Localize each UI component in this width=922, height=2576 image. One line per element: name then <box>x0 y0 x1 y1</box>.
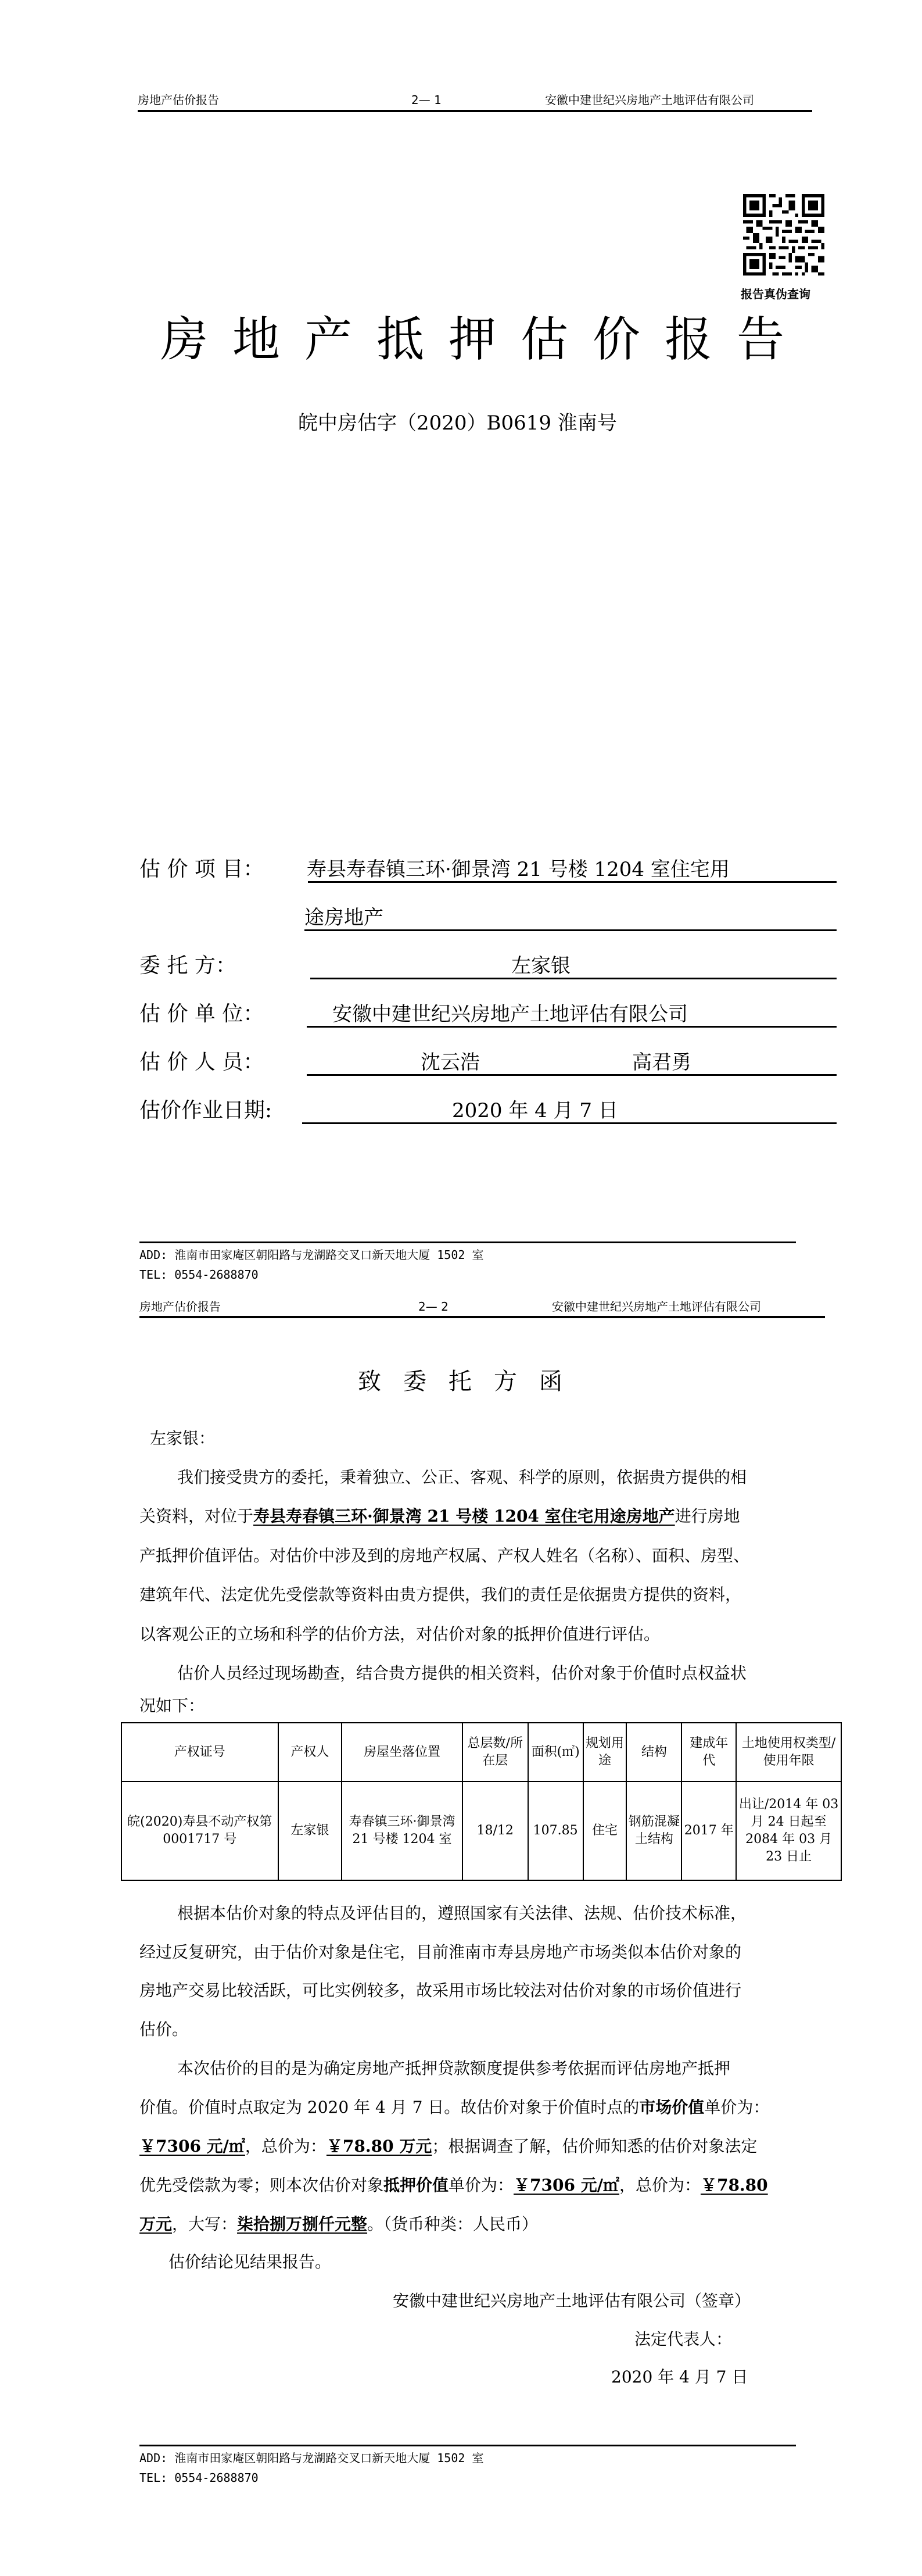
field-value-appraiser-b: 高君勇 <box>632 1051 691 1074</box>
market-unit-price: ￥7306 元/㎡ <box>139 2137 245 2156</box>
paragraph-line: 房地产交易比较活跃，可比实例较多，故采用市场比较法对估价对象的市场价值进行 <box>139 1981 741 2001</box>
report-title: 房地产抵押估价报告 <box>160 314 809 366</box>
paragraph-line: 我们接受贵方的委托，秉着独立、公正、客观、科学的原则，依据贵方提供的相 <box>177 1468 747 1487</box>
paragraph-line: 优先受偿款为零；则本次估价对象抵押价值单价为：￥7306 元/㎡，总价为：￥78… <box>139 2176 768 2195</box>
field-label-appraiser-org: 估 价 单 位： <box>139 1003 264 1026</box>
cell-built-year: 2017 年 <box>681 1781 736 1880</box>
market-value-label: 市场价值 <box>639 2098 704 2117</box>
header-company: 安徽中建世纪兴房地产土地评估有限公司 <box>552 1300 761 1314</box>
field-value-project-line1: 寿县寿春镇三环·御景湾 21 号楼 1204 室住宅用 <box>307 858 730 881</box>
footer-tel: TEL: 0554-2688870 <box>139 1267 259 1282</box>
mortgage-total-price: ￥78.80 <box>701 2176 768 2195</box>
col-header-structure: 结构 <box>626 1723 681 1781</box>
salutation: 左家银： <box>150 1429 215 1448</box>
paragraph-line: ￥7306 元/㎡，总价为：￥78.80 万元；根据调查了解，估价师知悉的估价对… <box>139 2137 757 2156</box>
signature-company: 安徽中建世纪兴房地产土地评估有限公司（签章） <box>393 2291 751 2311</box>
paragraph-line: 估价人员经过现场勘查，结合贵方提供的相关资料，估价对象于价值时点权益状 <box>177 1663 747 1683</box>
cell-structure: 钢筋混凝土结构 <box>626 1781 681 1880</box>
header-rule <box>139 1316 825 1318</box>
col-header-location: 房屋坐落位置 <box>342 1723 462 1781</box>
paragraph-line: 万元，大写：柒拾捌万捌仟元整。（货币种类：人民币） <box>139 2214 538 2234</box>
col-header-land-rights: 土地使用权类型/使用年限 <box>736 1723 841 1781</box>
property-info-table: 产权证号 产权人 房屋坐落位置 总层数/所在层 面积(㎡) 规划用途 结构 建成… <box>121 1722 842 1881</box>
cell-area: 107.85 <box>528 1781 583 1880</box>
text-run: ，大写： <box>172 2214 237 2234</box>
paragraph-line: 关资料，对位于寿县寿春镇三环·御景湾 21 号楼 1204 室住宅用途房地产进行… <box>139 1507 740 1526</box>
header-page-number: 2— 2 <box>418 1300 449 1314</box>
market-total-price: ￥78.80 万元 <box>327 2137 432 2156</box>
paragraph-line: 估价。 <box>139 2020 188 2040</box>
table-row: 皖(2020)寿县不动产权第 0001717 号 左家银 寿春镇三环·御景湾 2… <box>121 1781 841 1880</box>
paragraph-line: 以客观公正的立场和科学的估价方法，对估价对象的抵押价值进行评估。 <box>139 1625 660 1644</box>
cell-floors: 18/12 <box>462 1781 528 1880</box>
paragraph-line: 建筑年代、法定优先受偿款等资料由贵方提供，我们的责任是依据贵方提供的资料， <box>139 1585 741 1605</box>
footer-address: ADD: 淮南市田家庵区朝阳路与龙湖路交叉口新天地大厦 1502 室 <box>139 2450 483 2466</box>
underline <box>308 881 837 883</box>
text-run: ，总价为： <box>245 2137 327 2156</box>
field-value-appraiser-a: 沈云浩 <box>421 1051 480 1074</box>
text-run: 优先受偿款为零；则本次估价对象 <box>139 2176 383 2195</box>
header-company: 安徽中建世纪兴房地产土地评估有限公司 <box>545 93 754 107</box>
letter-title: 致委托方函 <box>358 1363 584 1396</box>
paragraph-line: 产抵押价值评估。对估价中涉及到的房地产权属、产权人姓名（名称）、面积、房型、 <box>139 1546 749 1566</box>
footer-rule <box>139 1242 796 1243</box>
qr-label: 报告真伪查询 <box>741 285 810 302</box>
text-run: 单价为： <box>704 2098 769 2117</box>
field-value-client: 左家银 <box>511 954 571 978</box>
cell-owner: 左家银 <box>278 1781 342 1880</box>
paragraph-line: 根据本估价对象的特点及评估目的，遵照国家有关法律、法规、估价技术标准， <box>177 1904 747 1923</box>
col-header-area: 面积(㎡) <box>528 1723 583 1781</box>
text-run: 进行房地 <box>675 1507 740 1526</box>
mortgage-total-unit: 万元 <box>139 2214 172 2234</box>
table-header-row: 产权证号 产权人 房屋坐落位置 总层数/所在层 面积(㎡) 规划用途 结构 建成… <box>121 1723 841 1781</box>
field-label-project: 估 价 项 目： <box>139 858 264 881</box>
col-header-built-year: 建成年代 <box>681 1723 736 1781</box>
field-value-work-date: 2020 年 4 月 7 日 <box>452 1099 618 1122</box>
cell-land-rights: 出让/2014 年 03 月 24 日起至 2084 年 03 月 23 日止 <box>736 1781 841 1880</box>
text-run: ；根据调查了解，估价师知悉的估价对象法定 <box>432 2137 757 2156</box>
header-report-type: 房地产估价报告 <box>139 1300 221 1314</box>
header-page-number: 2— 1 <box>411 93 442 107</box>
paragraph-line: 经过反复研究，由于估价对象是住宅，目前淮南市寿县房地产市场类似本估价对象的 <box>139 1942 741 1962</box>
underline <box>304 929 837 931</box>
cell-usage: 住宅 <box>583 1781 627 1880</box>
field-label-appraisers: 估 价 人 员： <box>139 1051 264 1074</box>
underline <box>307 1026 837 1028</box>
field-value-appraiser-org: 安徽中建世纪兴房地产土地评估有限公司 <box>332 1003 688 1026</box>
header-rule <box>138 110 812 112</box>
footer-address: ADD: 淮南市田家庵区朝阳路与龙湖路交叉口新天地大厦 1502 室 <box>139 1247 483 1262</box>
col-header-usage: 规划用途 <box>583 1723 627 1781</box>
field-value-project-line2: 途房地产 <box>304 906 383 929</box>
paragraph-line: 况如下： <box>139 1696 205 1716</box>
text-run: 单价为： <box>449 2176 514 2195</box>
col-header-floors: 总层数/所在层 <box>462 1723 528 1781</box>
property-address-emphasis: 寿县寿春镇三环·御景湾 21 号楼 1204 室住宅用途房地产 <box>253 1507 675 1526</box>
text-run: 关资料，对位于 <box>139 1507 253 1526</box>
footer-rule <box>139 2445 796 2446</box>
paragraph-line: 价值。价值时点取定为 2020 年 4 月 7 日。故估价对象于价值时点的市场价… <box>139 2098 769 2117</box>
qr-code-icon[interactable] <box>743 194 824 276</box>
field-label-work-date: 估价作业日期: <box>139 1099 272 1122</box>
cell-location: 寿春镇三环·御景湾 21 号楼 1204 室 <box>342 1781 462 1880</box>
mortgage-unit-price: ￥7306 元/㎡ <box>514 2176 619 2195</box>
text-run: 价值。价值时点取定为 2020 年 4 月 7 日。故估价对象于价值时点的 <box>139 2098 639 2117</box>
underline <box>307 1074 837 1076</box>
field-label-client: 委 托 方： <box>139 954 236 978</box>
signature-legal-rep: 法定代表人： <box>634 2330 732 2349</box>
mortgage-value-label: 抵押价值 <box>383 2176 449 2195</box>
conclusion-note: 估价结论见结果报告。 <box>168 2252 331 2272</box>
underline <box>310 978 837 979</box>
col-header-owner: 产权人 <box>278 1723 342 1781</box>
header-report-type: 房地产估价报告 <box>138 93 219 107</box>
paragraph-line: 本次估价的目的是为确定房地产抵押贷款额度提供参考依据而评估房地产抵押 <box>177 2059 730 2078</box>
signature-date: 2020 年 4 月 7 日 <box>611 2367 748 2387</box>
cell-cert-no: 皖(2020)寿县不动产权第 0001717 号 <box>121 1781 278 1880</box>
amount-in-words: 柒拾捌万捌仟元整 <box>237 2214 367 2234</box>
footer-tel: TEL: 0554-2688870 <box>139 2470 259 2485</box>
col-header-cert-no: 产权证号 <box>121 1723 278 1781</box>
report-number: 皖中房估字（2020）B0619 淮南号 <box>298 412 617 435</box>
underline <box>302 1122 837 1124</box>
text-run: 。（货币种类：人民币） <box>367 2214 538 2234</box>
text-run: ，总价为： <box>619 2176 701 2195</box>
